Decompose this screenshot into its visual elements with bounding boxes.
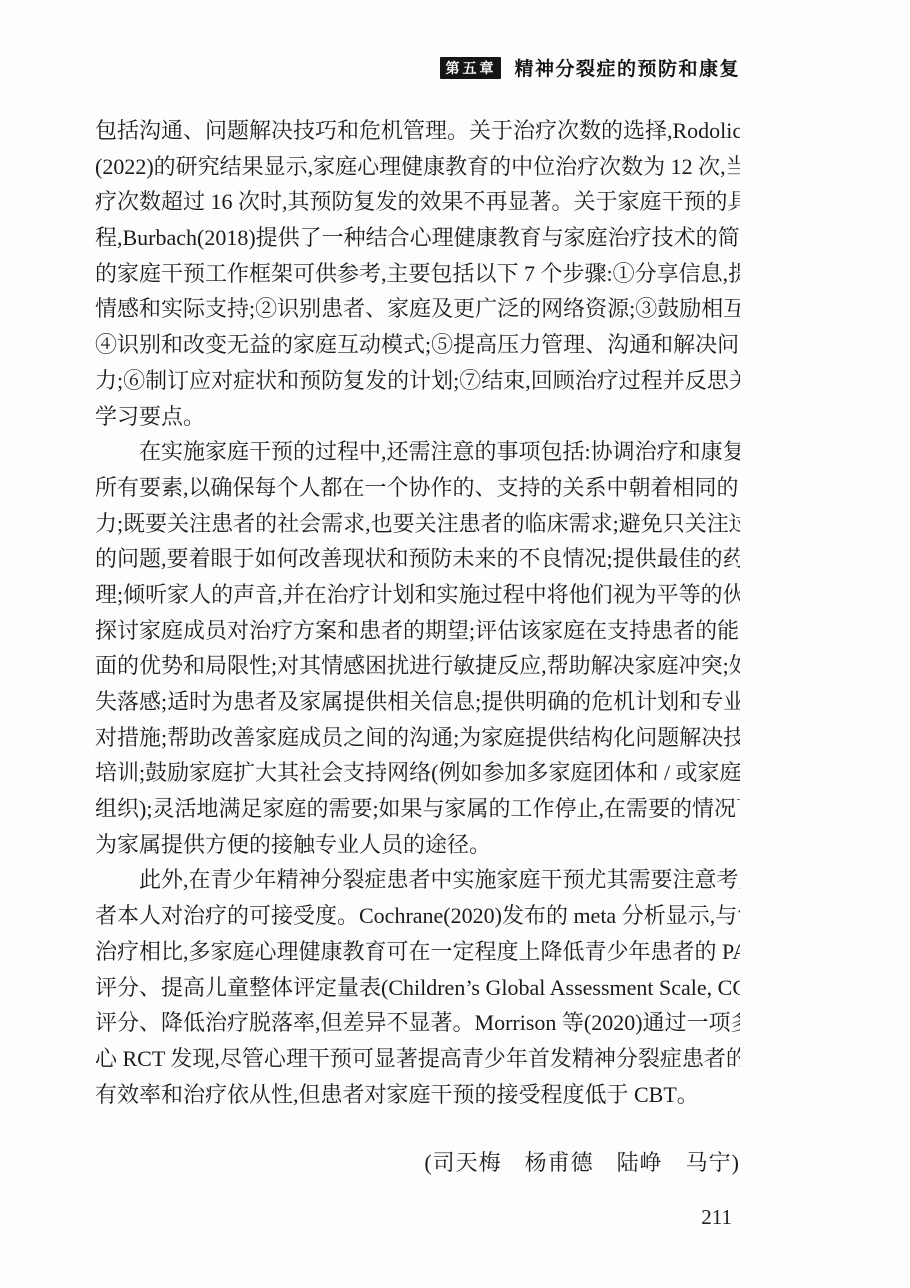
body-text-line: ④识别和改变无益的家庭互动模式;⑤提高压力管理、沟通和解决问题的能 [95, 327, 740, 363]
body-text-line: 培训;鼓励家庭扩大其社会支持网络(例如参加多家庭团体和 / 或家庭支持 [95, 755, 740, 791]
body-text-line: 在实施家庭干预的过程中,还需注意的事项包括:协调治疗和康复的 [95, 434, 740, 470]
body-text-line: 包括沟通、问题解决技巧和危机管理。关于治疗次数的选择,Rodolico 等 [95, 113, 740, 149]
body-text-line: 评分、降低治疗脱落率,但差异不显著。Morrison 等(2020)通过一项多中 [95, 1005, 740, 1041]
body-text-line: 为家属提供方便的接触专业人员的途径。 [95, 827, 740, 863]
body-text-line: 失落感;适时为患者及家属提供相关信息;提供明确的危机计划和专业的应 [95, 684, 740, 720]
body-text-line: 对措施;帮助改善家庭成员之间的沟通;为家庭提供结构化问题解决技巧的 [95, 720, 740, 756]
chapter-title: 精神分裂症的预防和康复 [514, 54, 740, 81]
body-text: 包括沟通、问题解决技巧和危机管理。关于治疗次数的选择,Rodolico 等(20… [95, 113, 740, 1112]
body-text-line: 程,Burbach(2018)提供了一种结合心理健康教育与家庭治疗技术的简短 [95, 220, 740, 256]
body-text-line: 探讨家庭成员对治疗方案和患者的期望;评估该家庭在支持患者的能力方 [95, 613, 740, 649]
body-text-line: 力;⑥制订应对症状和预防复发的计划;⑦结束,回顾治疗过程并反思关键 [95, 363, 740, 399]
running-header: 第五章精神分裂症的预防和康复 [95, 54, 740, 81]
authors-line: (司天梅 杨甫德 陆峥 马宁) [95, 1146, 740, 1177]
body-text-line: 情感和实际支持;②识别患者、家庭及更广泛的网络资源;③鼓励相互理解; [95, 291, 740, 327]
body-text-line: 评分、提高儿童整体评定量表(Children’s Global Assessme… [95, 970, 740, 1006]
chapter-number-badge: 第五章 [440, 57, 501, 79]
body-text-line: 所有要素,以确保每个人都在一个协作的、支持的关系中朝着相同的目标努 [95, 470, 740, 506]
page-number: 211 [95, 1205, 732, 1230]
body-text-line: 理;倾听家人的声音,并在治疗计划和实施过程中将他们视为平等的伙伴; [95, 577, 740, 613]
body-text-line: 学习要点。 [95, 399, 740, 435]
body-text-line: 此外,在青少年精神分裂症患者中实施家庭干预尤其需要注意考虑患 [95, 862, 740, 898]
body-text-line: 组织);灵活地满足家庭的需要;如果与家属的工作停止,在需要的情况下, [95, 791, 740, 827]
body-text-line: 有效率和治疗依从性,但患者对家庭干预的接受程度低于 CBT。 [95, 1077, 740, 1113]
body-text-line: 治疗相比,多家庭心理健康教育可在一定程度上降低青少年患者的 PANSS [95, 934, 740, 970]
body-text-line: (2022)的研究结果显示,家庭心理健康教育的中位治疗次数为 12 次,当治 [95, 149, 740, 185]
book-page: 第五章精神分裂症的预防和康复 包括沟通、问题解决技巧和危机管理。关于治疗次数的选… [0, 0, 910, 1288]
body-text-line: 疗次数超过 16 次时,其预防复发的效果不再显著。关于家庭干预的具体流 [95, 184, 740, 220]
body-text-line: 力;既要关注患者的社会需求,也要关注患者的临床需求;避免只关注过去 [95, 506, 740, 542]
body-text-line: 心 RCT 发现,尽管心理干预可显著提高青少年首发精神分裂症患者的治疗 [95, 1041, 740, 1077]
body-text-line: 面的优势和局限性;对其情感困扰进行敏捷反应,帮助解决家庭冲突;处理 [95, 648, 740, 684]
body-text-line: 者本人对治疗的可接受度。Cochrane(2020)发布的 meta 分析显示,… [95, 898, 740, 934]
body-text-line: 的家庭干预工作框架可供参考,主要包括以下 7 个步骤:①分享信息,提供 [95, 256, 740, 292]
body-text-line: 的问题,要着眼于如何改善现状和预防未来的不良情况;提供最佳的药物管 [95, 541, 740, 577]
